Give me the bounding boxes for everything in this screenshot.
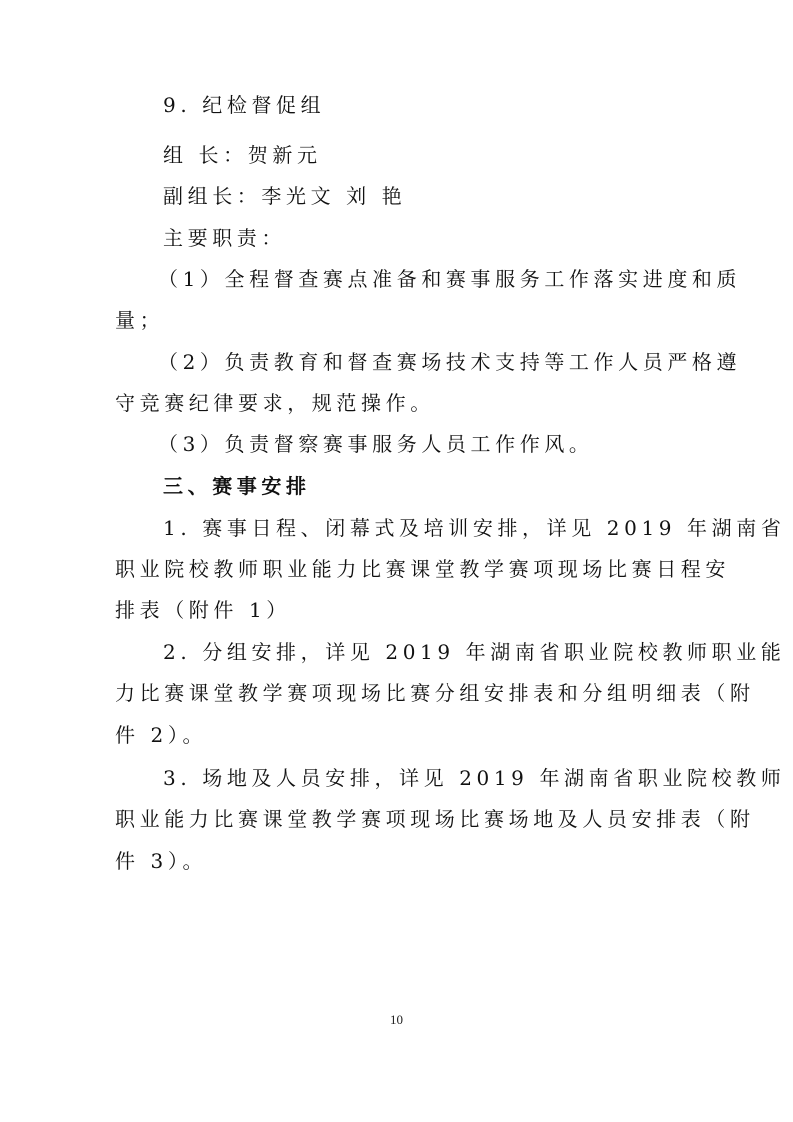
item-3-line-1: 3. 场地及人员安排，详见 2019 年湖南省职业院校教师 [163, 765, 723, 791]
item-3-line-2: 职业能力比赛课堂教学赛项现场比赛场地及人员安排表（附 [115, 806, 675, 832]
group-leader: 组 长：贺新元 [163, 142, 723, 168]
section-3-heading: 三、赛事安排 [163, 473, 723, 499]
item-3-line-3: 件 3）。 [115, 848, 675, 874]
duty-1-line-1: （1）全程督查赛点准备和赛事服务工作落实进度和质 [158, 266, 718, 292]
item-2-line-1: 2. 分组安排，详见 2019 年湖南省职业院校教师职业能 [163, 639, 723, 665]
deputy-group-leader: 副组长：李光文 刘 艳 [163, 183, 723, 209]
duty-2-line-2: 守竞赛纪律要求，规范操作。 [115, 390, 675, 416]
duty-2-line-1: （2）负责教育和督查赛场技术支持等工作人员严格遵 [158, 349, 718, 375]
item-1-line-1: 1. 赛事日程、闭幕式及培训安排，详见 2019 年湖南省 [163, 515, 723, 541]
duties-label: 主要职责： [163, 225, 723, 251]
item-1-line-3: 排表（附件 1） [115, 597, 675, 623]
duty-3-line-1: （3）负责督察赛事服务人员工作作风。 [158, 431, 718, 457]
section-9-heading: 9. 纪检督促组 [163, 92, 723, 118]
document-page: 9. 纪检督促组 组 长：贺新元 副组长：李光文 刘 艳 主要职责： （1）全程… [0, 0, 793, 1122]
item-1-line-2: 职业院校教师职业能力比赛课堂教学赛项现场比赛日程安 [115, 556, 675, 582]
page-number: 10 [0, 1012, 793, 1028]
duty-1-line-2: 量； [115, 307, 675, 333]
item-2-line-2: 力比赛课堂教学赛项现场比赛分组安排表和分组明细表（附 [115, 680, 675, 706]
item-2-line-3: 件 2）。 [115, 722, 675, 748]
